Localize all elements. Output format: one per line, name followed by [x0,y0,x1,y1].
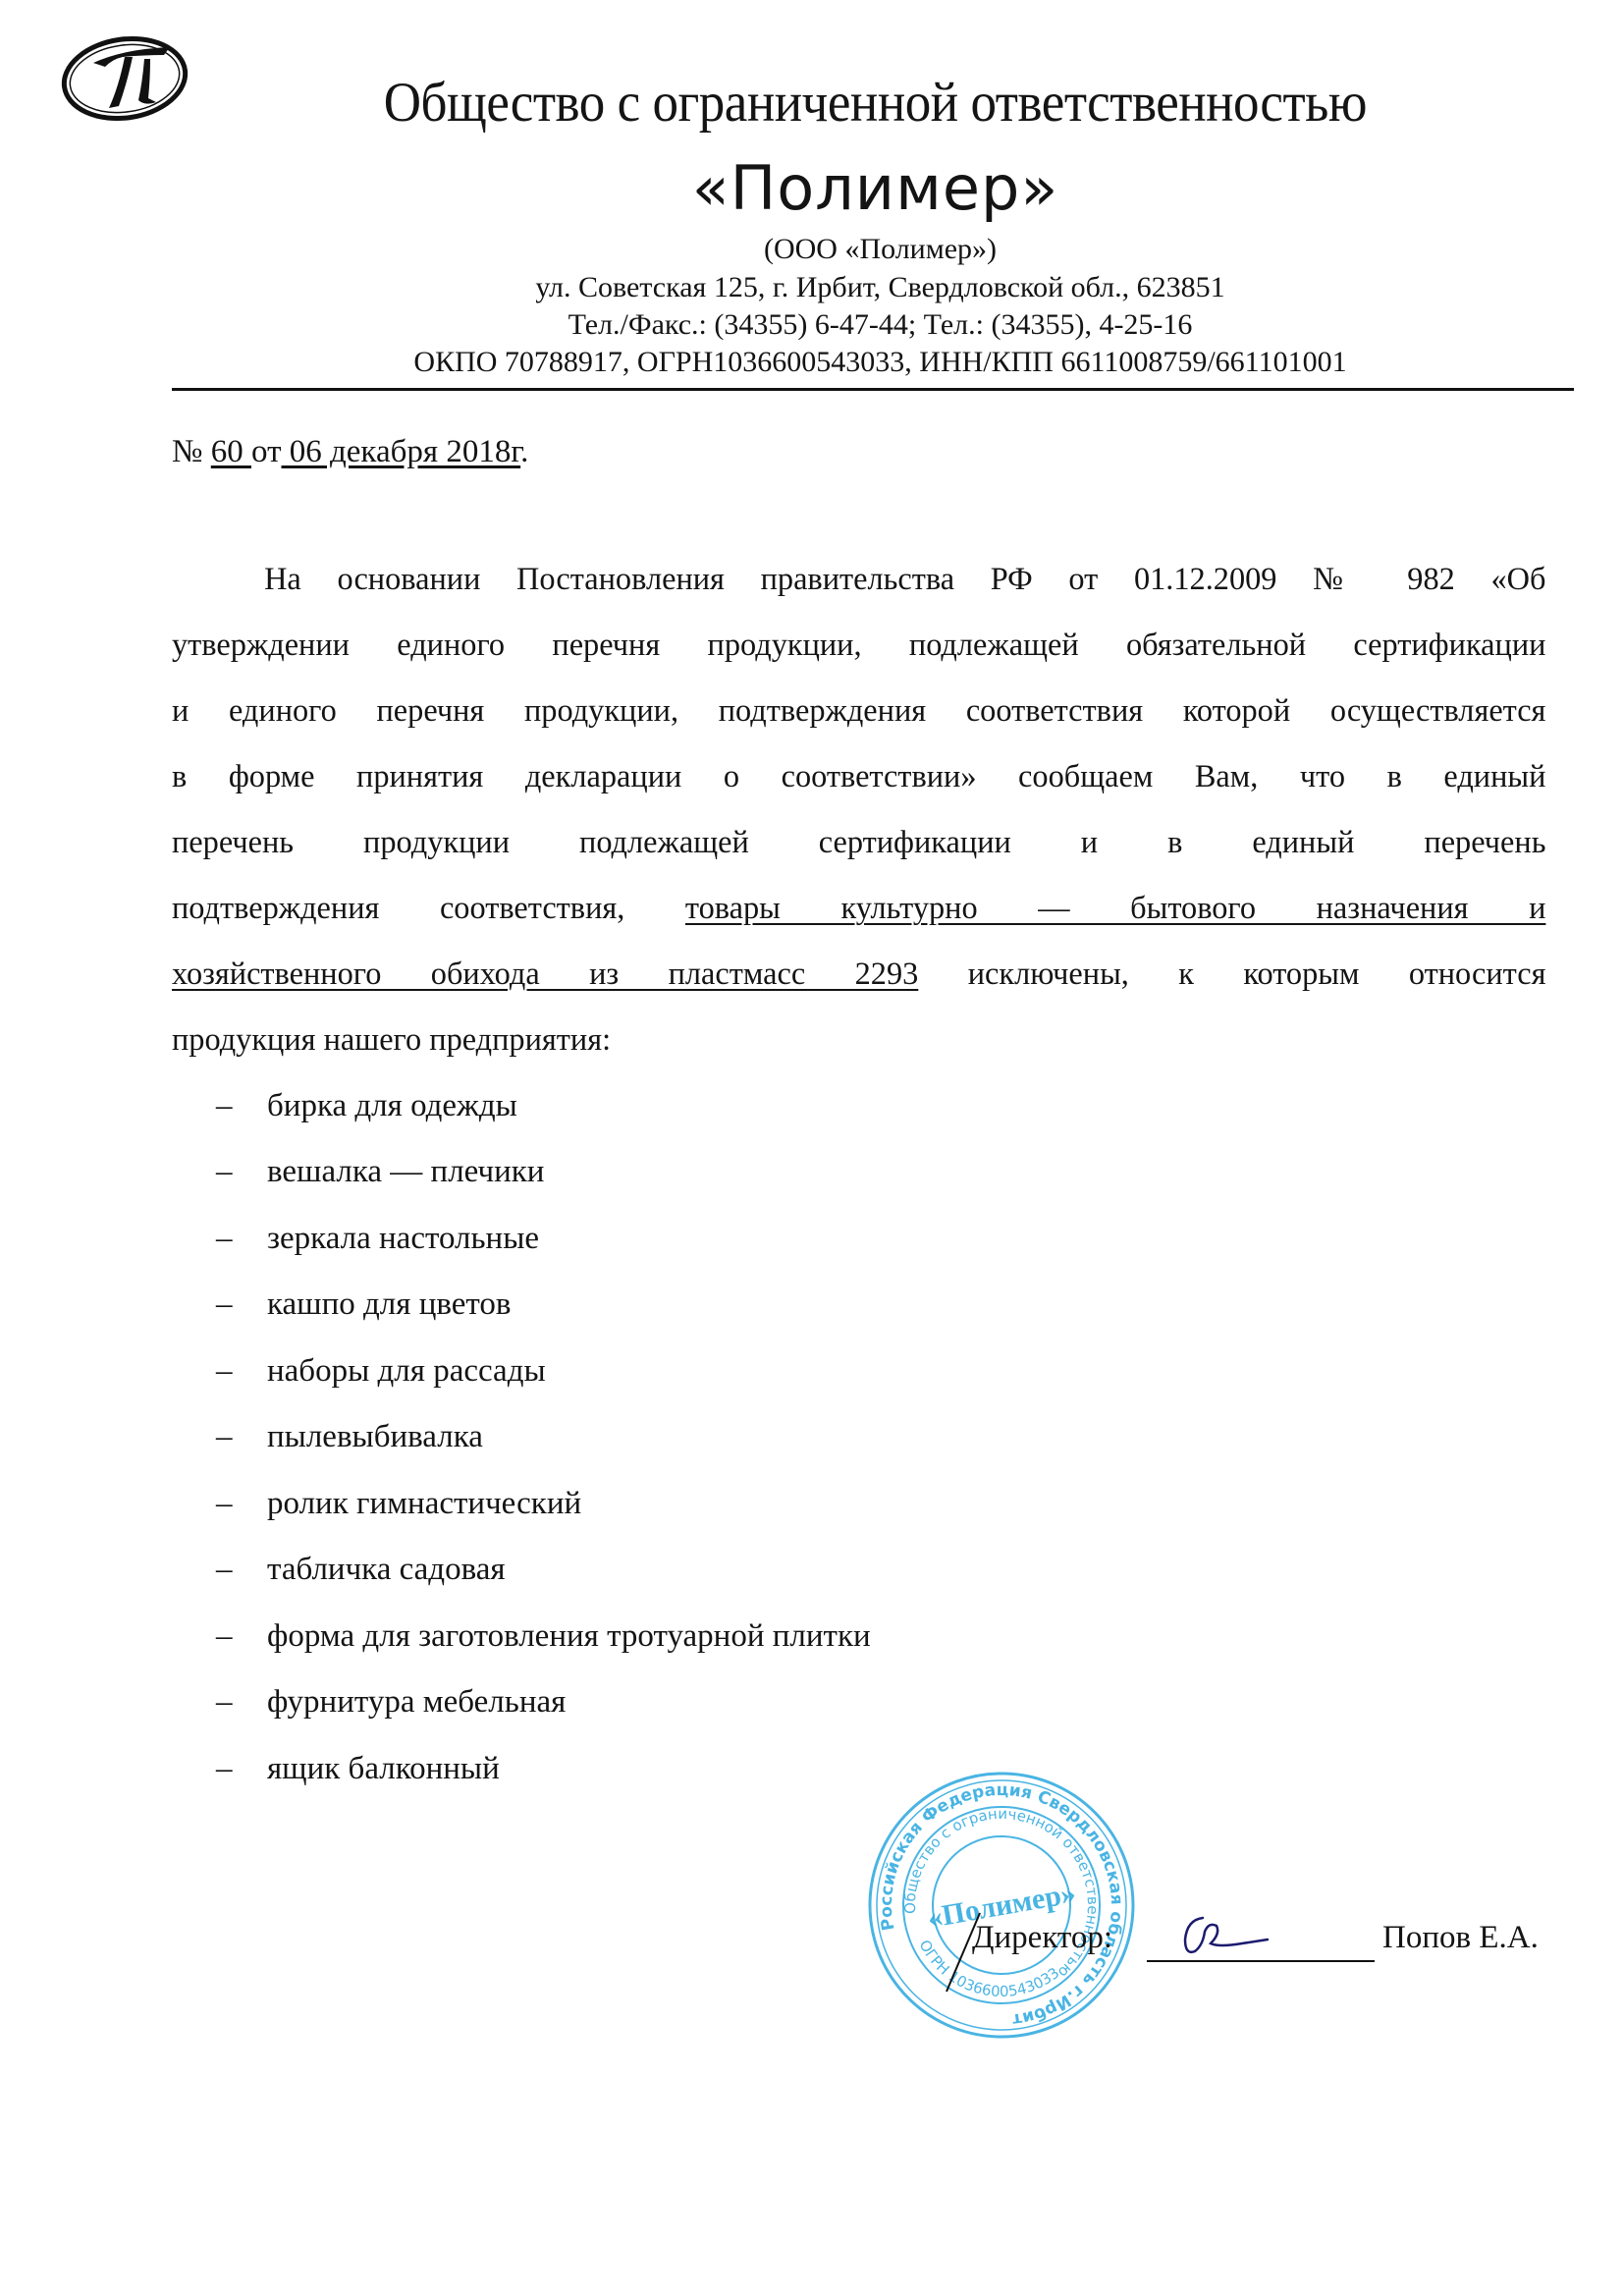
body-line-7-suffix: исключены, к которым относится [918,957,1545,992]
company-title: Общество с ограниченной ответственностью [61,71,1570,135]
body-line-7: хозяйственного обихода из пластмасс 2293… [172,953,1545,996]
company-phones: Тел./Факс.: (34355) 6-47-44; Тел.: (3435… [0,308,1623,342]
list-item: –фурнитура мебельная [216,1680,566,1723]
dash-bullet: – [216,1283,267,1326]
body-line-6-prefix: подтверждения соответствия, [172,891,685,926]
body-line-8: продукция нашего предприятия: [172,1018,1545,1062]
dash-bullet: – [216,1349,267,1393]
list-item: –табличка садовая [216,1548,506,1591]
list-item: –наборы для рассады [216,1349,546,1393]
list-item: –форма для заготовления тротуарной плитк… [216,1614,871,1658]
list-item: –бирка для одежды [216,1084,517,1127]
company-stamp-icon: Российская Федерация Свердловская област… [864,1768,1139,2043]
dash-bullet: – [216,1747,267,1790]
handwritten-signature-icon [1173,1908,1291,1967]
list-item: –зеркала настольные [216,1217,539,1260]
director-label: Директор: [972,1920,1112,1956]
document-date: 06 декабря 2018г [282,434,521,469]
product-category-underlined-2: хозяйственного обихода из пластмасс 2293 [172,957,918,992]
product-category-underlined-1: товары культурно — бытового назначения и [685,891,1546,926]
dash-bullet: – [216,1548,267,1591]
header-divider [172,388,1574,391]
company-address: ул. Советская 125, г. Ирбит, Свердловско… [0,271,1623,304]
dash-bullet: – [216,1680,267,1723]
company-short-name: (ООО «Полимер») [0,233,1623,266]
dash-bullet: – [216,1084,267,1127]
list-item: –вешалка — плечики [216,1150,544,1193]
dash-bullet: – [216,1217,267,1260]
list-item: –ящик балконный [216,1747,500,1790]
body-line-6: подтверждения соответствия, товары культ… [172,887,1545,930]
director-name: Попов Е.А. [1382,1920,1539,1956]
list-item: –ролик гимнастический [216,1482,581,1525]
dash-bullet: – [216,1415,267,1458]
company-registry-codes: ОКПО 70788917, ОГРН1036600543033, ИНН/КП… [0,346,1623,379]
period: . [520,434,528,469]
body-line-1: На основании Постановления правительства… [172,558,1545,601]
from-label: от [251,434,282,469]
dash-bullet: – [216,1614,267,1658]
list-item: –пылевыбивалка [216,1415,483,1458]
number-prefix: № [172,434,211,469]
body-line-4: в форме принятия декларации о соответств… [172,755,1545,798]
body-line-3: и единого перечня продукции, подтвержден… [172,689,1545,733]
document-number-line: № 60 от 06 декабря 2018г. [172,434,528,470]
dash-bullet: – [216,1150,267,1193]
dash-bullet: – [216,1482,267,1525]
body-line-5: перечень продукции подлежащей сертификац… [172,821,1545,864]
brand-name: «Полимер» [0,152,1623,224]
document-number: 60 [211,434,251,469]
body-line-2: утверждении единого перечня продукции, п… [172,624,1545,667]
list-item: –кашпо для цветов [216,1283,511,1326]
